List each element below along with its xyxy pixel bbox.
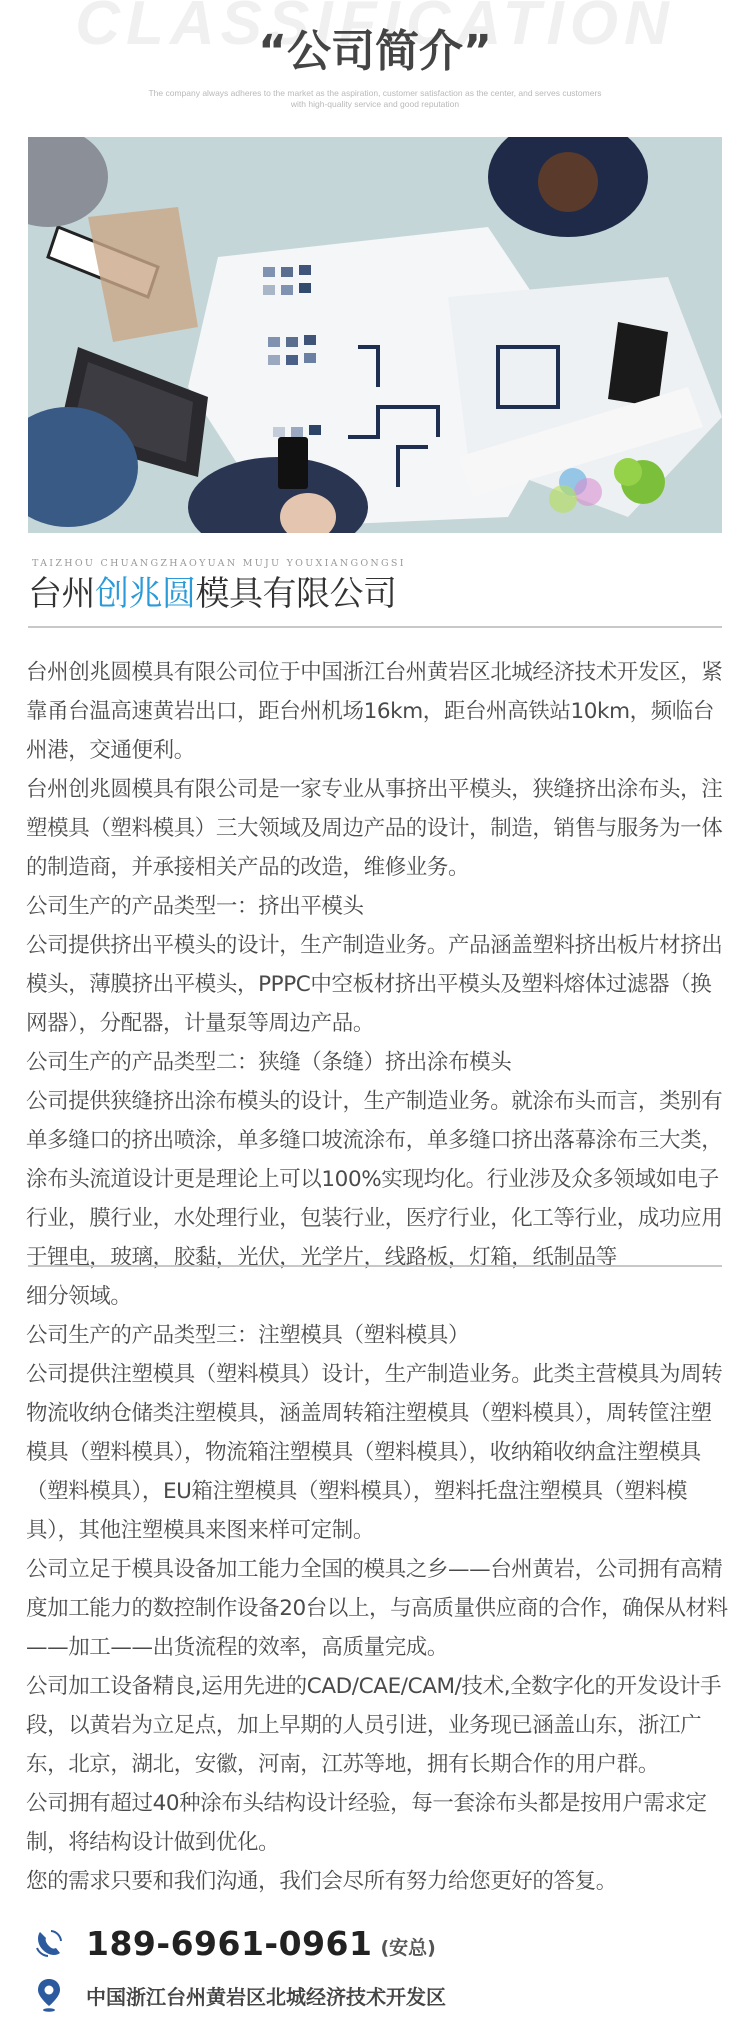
contact-block: 189-6961-0961 (安总) 中国浙江台州黄岩区北城经济技术开发区: [32, 1918, 732, 2020]
company-name: 台州创兆圆模具有限公司: [28, 572, 397, 616]
intro-paragraph: 公司加工设备精良,运用先进的CAD/CAE/CAM/技术,全数字化的开发设计手段…: [26, 1667, 728, 1784]
phone-contact-name: (安总): [380, 1933, 435, 1960]
company-name-pinyin: TAIZHOU CHUANGZHAOYUAN MUJU YOUXIANGONGS…: [32, 558, 406, 569]
company-name-prefix: 台州: [28, 574, 95, 614]
company-address: 中国浙江台州黄岩区北城经济技术开发区: [86, 1981, 446, 2010]
product-type-heading: 公司生产的产品类型一：挤出平模头: [26, 887, 728, 926]
intro-paragraph: 公司提供挤出平模头的设计，生产制造业务。产品涵盖塑料挤出板片材挤出模头，薄膜挤出…: [26, 926, 728, 1043]
location-pin-icon: [32, 1978, 66, 2012]
company-name-suffix: 模具有限公司: [196, 574, 397, 614]
product-type-heading: 公司生产的产品类型三：注塑模具（塑料模具）: [26, 1316, 728, 1355]
page-subtitle: The company always adheres to the market…: [140, 88, 610, 110]
intro-paragraph: 公司提供狭缝挤出涂布模头的设计，生产制造业务。就涂布头而言，类别有单多缝口的挤出…: [26, 1082, 728, 1277]
intro-paragraph: 细分领域。: [26, 1277, 728, 1316]
team-meeting-photo: PLAN-A: [28, 137, 722, 533]
intro-paragraph: 公司提供注塑模具（塑料模具）设计，生产制造业务。此类主营模具为周转物流收纳仓储类…: [26, 1355, 728, 1550]
phone-number[interactable]: 189-6961-0961: [86, 1924, 372, 1963]
page-title: “公司简介”: [0, 24, 750, 80]
intro-paragraph: 公司拥有超过40种涂布头结构设计经验，每一套涂布头都是按用户需求定制，将结构设计…: [26, 1784, 728, 1862]
company-intro-body: 台州创兆圆模具有限公司位于中国浙江台州黄岩区北城经济技术开发区，紧靠甬台温高速黄…: [26, 653, 728, 1901]
phone-row: 189-6961-0961 (安总): [32, 1918, 732, 1968]
intro-paragraph: 台州创兆圆模具有限公司位于中国浙江台州黄岩区北城经济技术开发区，紧靠甬台温高速黄…: [26, 653, 728, 770]
section-header: CLASSIFICATION “公司简介” The company always…: [0, 0, 750, 130]
section-divider: [28, 626, 722, 628]
company-name-accent: 创兆圆: [95, 574, 196, 614]
address-row: 中国浙江台州黄岩区北城经济技术开发区: [32, 1970, 732, 2020]
intro-paragraph: 台州创兆圆模具有限公司是一家专业从事挤出平模头，狭缝挤出涂布头，注塑模具（塑料模…: [26, 770, 728, 887]
product-type-heading: 公司生产的产品类型二：狭缝（条缝）挤出涂布模头: [26, 1043, 728, 1082]
body-divider: [28, 1265, 722, 1267]
intro-paragraph: 您的需求只要和我们沟通，我们会尽所有努力给您更好的答复。: [26, 1862, 728, 1901]
phone-icon: [32, 1926, 66, 1960]
intro-paragraph: 公司立足于模具设备加工能力全国的模具之乡——台州黄岩，公司拥有高精度加工能力的数…: [26, 1550, 728, 1667]
